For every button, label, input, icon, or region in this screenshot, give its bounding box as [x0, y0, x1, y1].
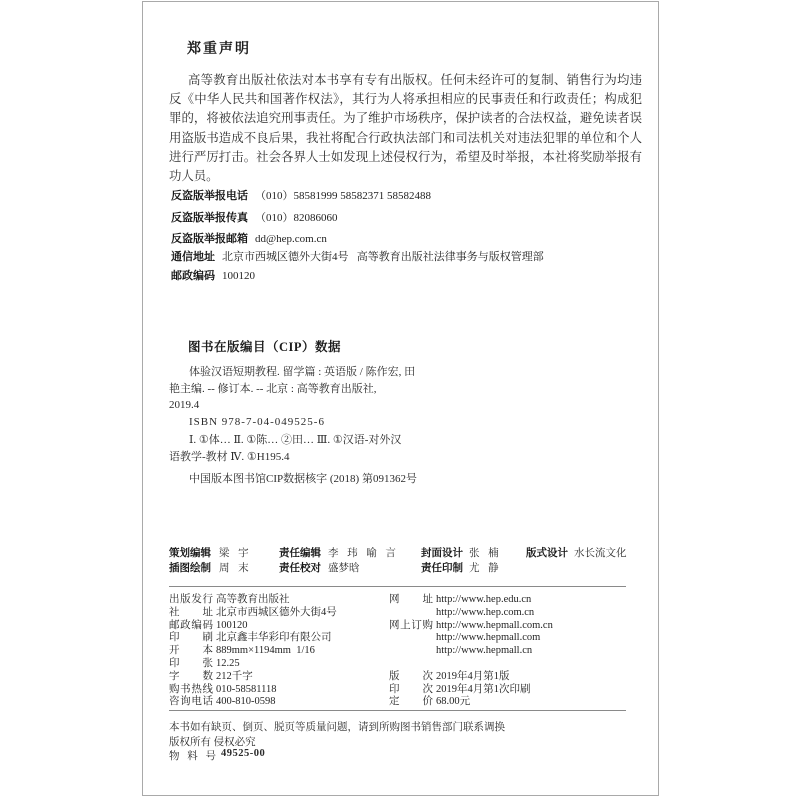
staff-role-label: 责任编辑 [279, 545, 321, 560]
colophon-row-spacer [389, 658, 639, 671]
colophon-row-format: 开本889mm×1194mm 1/16 [169, 645, 384, 658]
colophon-value: 212千字 [216, 671, 253, 682]
colophon-label: 咨询电话 [169, 696, 213, 709]
colophon-row-address: 社址北京市西城区德外大街4号 [169, 607, 384, 620]
colophon-label: 邮政编码 [169, 620, 213, 633]
staff-name: 尤 静 [469, 560, 499, 575]
colophon-row-inquiry: 咨询电话400-810-0598 [169, 696, 384, 709]
colophon-label: 印张 [169, 658, 213, 671]
colophon-label: 网上订购 [389, 620, 433, 633]
colophon-url: http://www.hepmall.cn [436, 645, 532, 656]
colophon-value: 68.00元 [436, 696, 470, 707]
mailing-address-label: 通信地址 [171, 251, 215, 263]
postcode-label: 邮政编码 [171, 270, 215, 282]
cip-title: 图书在版编目（CIP）数据 [188, 337, 341, 355]
mailing-address-row: 通信地址北京市西城区德外大街4号 高等教育出版社法律事务与版权管理部 [171, 248, 544, 264]
colophon-value: 010-58581118 [216, 684, 276, 695]
colophon-url: http://www.hep.edu.cn [436, 594, 531, 605]
staff-name: 梁 宇 [219, 545, 249, 560]
colophon-label: 网址 [389, 594, 433, 607]
report-fax-value: （010）82086060 [255, 212, 338, 224]
staff-credits-row: 策划编辑 梁 宇 责任编辑 李 玮 喻 言 封面设计 张 楠 版式设计 水长流文… [143, 545, 658, 559]
staff-role-label: 封面设计 [421, 545, 463, 560]
colophon-value: 北京市西城区德外大街4号 [216, 607, 337, 618]
colophon-url: http://www.hepmall.com.cn [436, 620, 553, 631]
horizontal-rule-top [169, 586, 626, 587]
quality-notice: 本书如有缺页、倒页、脱页等质量问题，请到所购图书销售部门联系调换 [169, 719, 505, 734]
cip-isbn-line: ISBN 978-7-04-049525-6 [169, 414, 464, 431]
statement-line: 用盗版书造成不良后果，我社将配合行政执法部门和司法机关对违法犯罪的单位和个人 [169, 129, 642, 148]
report-phone-label: 反盗版举报电话 [171, 190, 248, 202]
colophon-url: http://www.hepmall.com [436, 632, 540, 643]
staff-role-label: 版式设计 [526, 545, 568, 560]
colophon-label: 社址 [169, 607, 213, 620]
mailing-address-value: 北京市西城区德外大街4号 高等教育出版社法律事务与版权管理部 [222, 251, 544, 263]
material-number-row: 物料号49525-00 [169, 748, 265, 763]
colophon-value: 400-810-0598 [216, 696, 276, 707]
statement-line: 罪的，将被依法追究刑事责任。为了维护市场秩序，保护读者的合法权益，避免读者误 [169, 109, 642, 128]
book-copyright-page: 郑重声明 高等教育出版社依法对本书享有专有出版权。任何未经许可的复制、销售行为均… [142, 1, 659, 796]
colophon-label: 开本 [169, 645, 213, 658]
staff-role-label: 责任印制 [421, 560, 463, 575]
cip-line: 语教学-教材 Ⅳ. ①H195.4 [169, 449, 464, 466]
report-phone-value: （010）58581999 58582371 58582488 [255, 190, 431, 202]
staff-role-label: 责任校对 [279, 560, 321, 575]
cip-line: Ⅰ. ①体… Ⅱ. ①陈… ②田… Ⅲ. ①汉语-对外汉 [169, 432, 464, 449]
colophon-label: 购书热线 [169, 684, 213, 697]
colophon-value: 高等教育出版社 [216, 594, 290, 605]
report-fax-row: 反盗版举报传真（010）82086060 [171, 209, 338, 225]
report-phone-row: 反盗版举报电话（010）58581999 58582371 58582488 [171, 187, 431, 203]
colophon-label: 字数 [169, 671, 213, 684]
statement-paragraph: 高等教育出版社依法对本书享有专有出版权。任何未经许可的复制、销售行为均违 反《中… [169, 71, 642, 186]
colophon-row-impression: 印次2019年4月第1次印刷 [389, 684, 639, 697]
copyright-notice: 版权所有 侵权必究 [169, 734, 256, 749]
colophon-label: 定价 [389, 696, 433, 709]
postcode-value: 100120 [222, 270, 255, 282]
colophon-row-postcode: 邮政编码100120 [169, 620, 384, 633]
colophon-row-hotline: 购书热线010-58581118 [169, 684, 384, 697]
report-email-value: dd@hep.com.cn [255, 233, 327, 245]
colophon-value: 2019年4月第1次印刷 [436, 684, 531, 695]
staff-name: 周 末 [219, 560, 249, 575]
staff-name: 盛梦晗 [328, 560, 360, 575]
colophon-left-column: 出版发行高等教育出版社 社址北京市西城区德外大街4号 邮政编码100120 印刷… [169, 594, 384, 709]
colophon-value: 100120 [216, 620, 248, 631]
colophon-row-wordcount: 字数212千字 [169, 671, 384, 684]
material-number-label: 物料号 [169, 748, 216, 763]
report-email-label: 反盗版举报邮箱 [171, 233, 248, 245]
staff-role-label: 策划编辑 [169, 545, 211, 560]
cip-data-block: 体验汉语短期教程. 留学篇 : 英语版 / 陈作宏, 田 艳主编. -- 修订本… [169, 364, 464, 488]
postcode-row: 邮政编码100120 [171, 267, 255, 283]
cip-line: 艳主编. -- 修订本. -- 北京 : 高等教育出版社, [169, 381, 464, 398]
colophon-row-online-order: http://www.hepmall.cn [389, 645, 639, 658]
material-number-value: 49525-00 [221, 748, 265, 759]
colophon-row-website: 网址http://www.hep.edu.cn [389, 594, 639, 607]
cip-line: 2019.4 [169, 397, 464, 414]
staff-name: 张 楠 [469, 545, 499, 560]
colophon-value: 2019年4月第1版 [436, 671, 510, 682]
colophon-label: 版次 [389, 671, 433, 684]
colophon-row-online-order: http://www.hepmall.com [389, 632, 639, 645]
colophon-value: 北京鑫丰华彩印有限公司 [216, 632, 332, 643]
colophon-url: http://www.hep.com.cn [436, 607, 534, 618]
staff-role-label: 插图绘制 [169, 560, 211, 575]
colophon-row-online-order: 网上订购http://www.hepmall.com.cn [389, 620, 639, 633]
horizontal-rule-bottom [169, 710, 626, 711]
staff-name: 李 玮 喻 言 [328, 545, 396, 560]
statement-line: 高等教育出版社依法对本书享有专有出版权。任何未经许可的复制、销售行为均违 [169, 71, 642, 90]
colophon-row-sheets: 印张12.25 [169, 658, 384, 671]
statement-line: 进行严厉打击。社会各界人士如发现上述侵权行为，希望及时举报，本社将奖励举报有 [169, 148, 642, 167]
colophon-label: 印刷 [169, 632, 213, 645]
colophon-row-printer: 印刷北京鑫丰华彩印有限公司 [169, 632, 384, 645]
report-fax-label: 反盗版举报传真 [171, 212, 248, 224]
colophon-row-edition: 版次2019年4月第1版 [389, 671, 639, 684]
statement-title: 郑重声明 [187, 38, 251, 58]
colophon-label: 印次 [389, 684, 433, 697]
staff-name: 水长流文化 [574, 545, 627, 560]
colophon-value: 12.25 [216, 658, 240, 669]
report-email-row: 反盗版举报邮箱dd@hep.com.cn [171, 230, 327, 246]
colophon-value: 889mm×1194mm 1/16 [216, 645, 315, 656]
colophon-label: 出版发行 [169, 594, 213, 607]
colophon-row-publisher: 出版发行高等教育出版社 [169, 594, 384, 607]
cip-record-number-line: 中国版本图书馆CIP数据核字 (2018) 第091362号 [169, 471, 464, 488]
colophon-right-column: 网址http://www.hep.edu.cn http://www.hep.c… [389, 594, 639, 709]
statement-line: 反《中华人民共和国著作权法》，其行为人将承担相应的民事责任和行政责任；构成犯 [169, 90, 642, 109]
cip-line: 体验汉语短期教程. 留学篇 : 英语版 / 陈作宏, 田 [169, 364, 464, 381]
statement-line: 功人员。 [169, 167, 642, 186]
colophon-row-price: 定价68.00元 [389, 696, 639, 709]
staff-credits-row: 插图绘制 周 末 责任校对 盛梦晗 责任印制 尤 静 [143, 560, 658, 574]
colophon-row-website: http://www.hep.com.cn [389, 607, 639, 620]
